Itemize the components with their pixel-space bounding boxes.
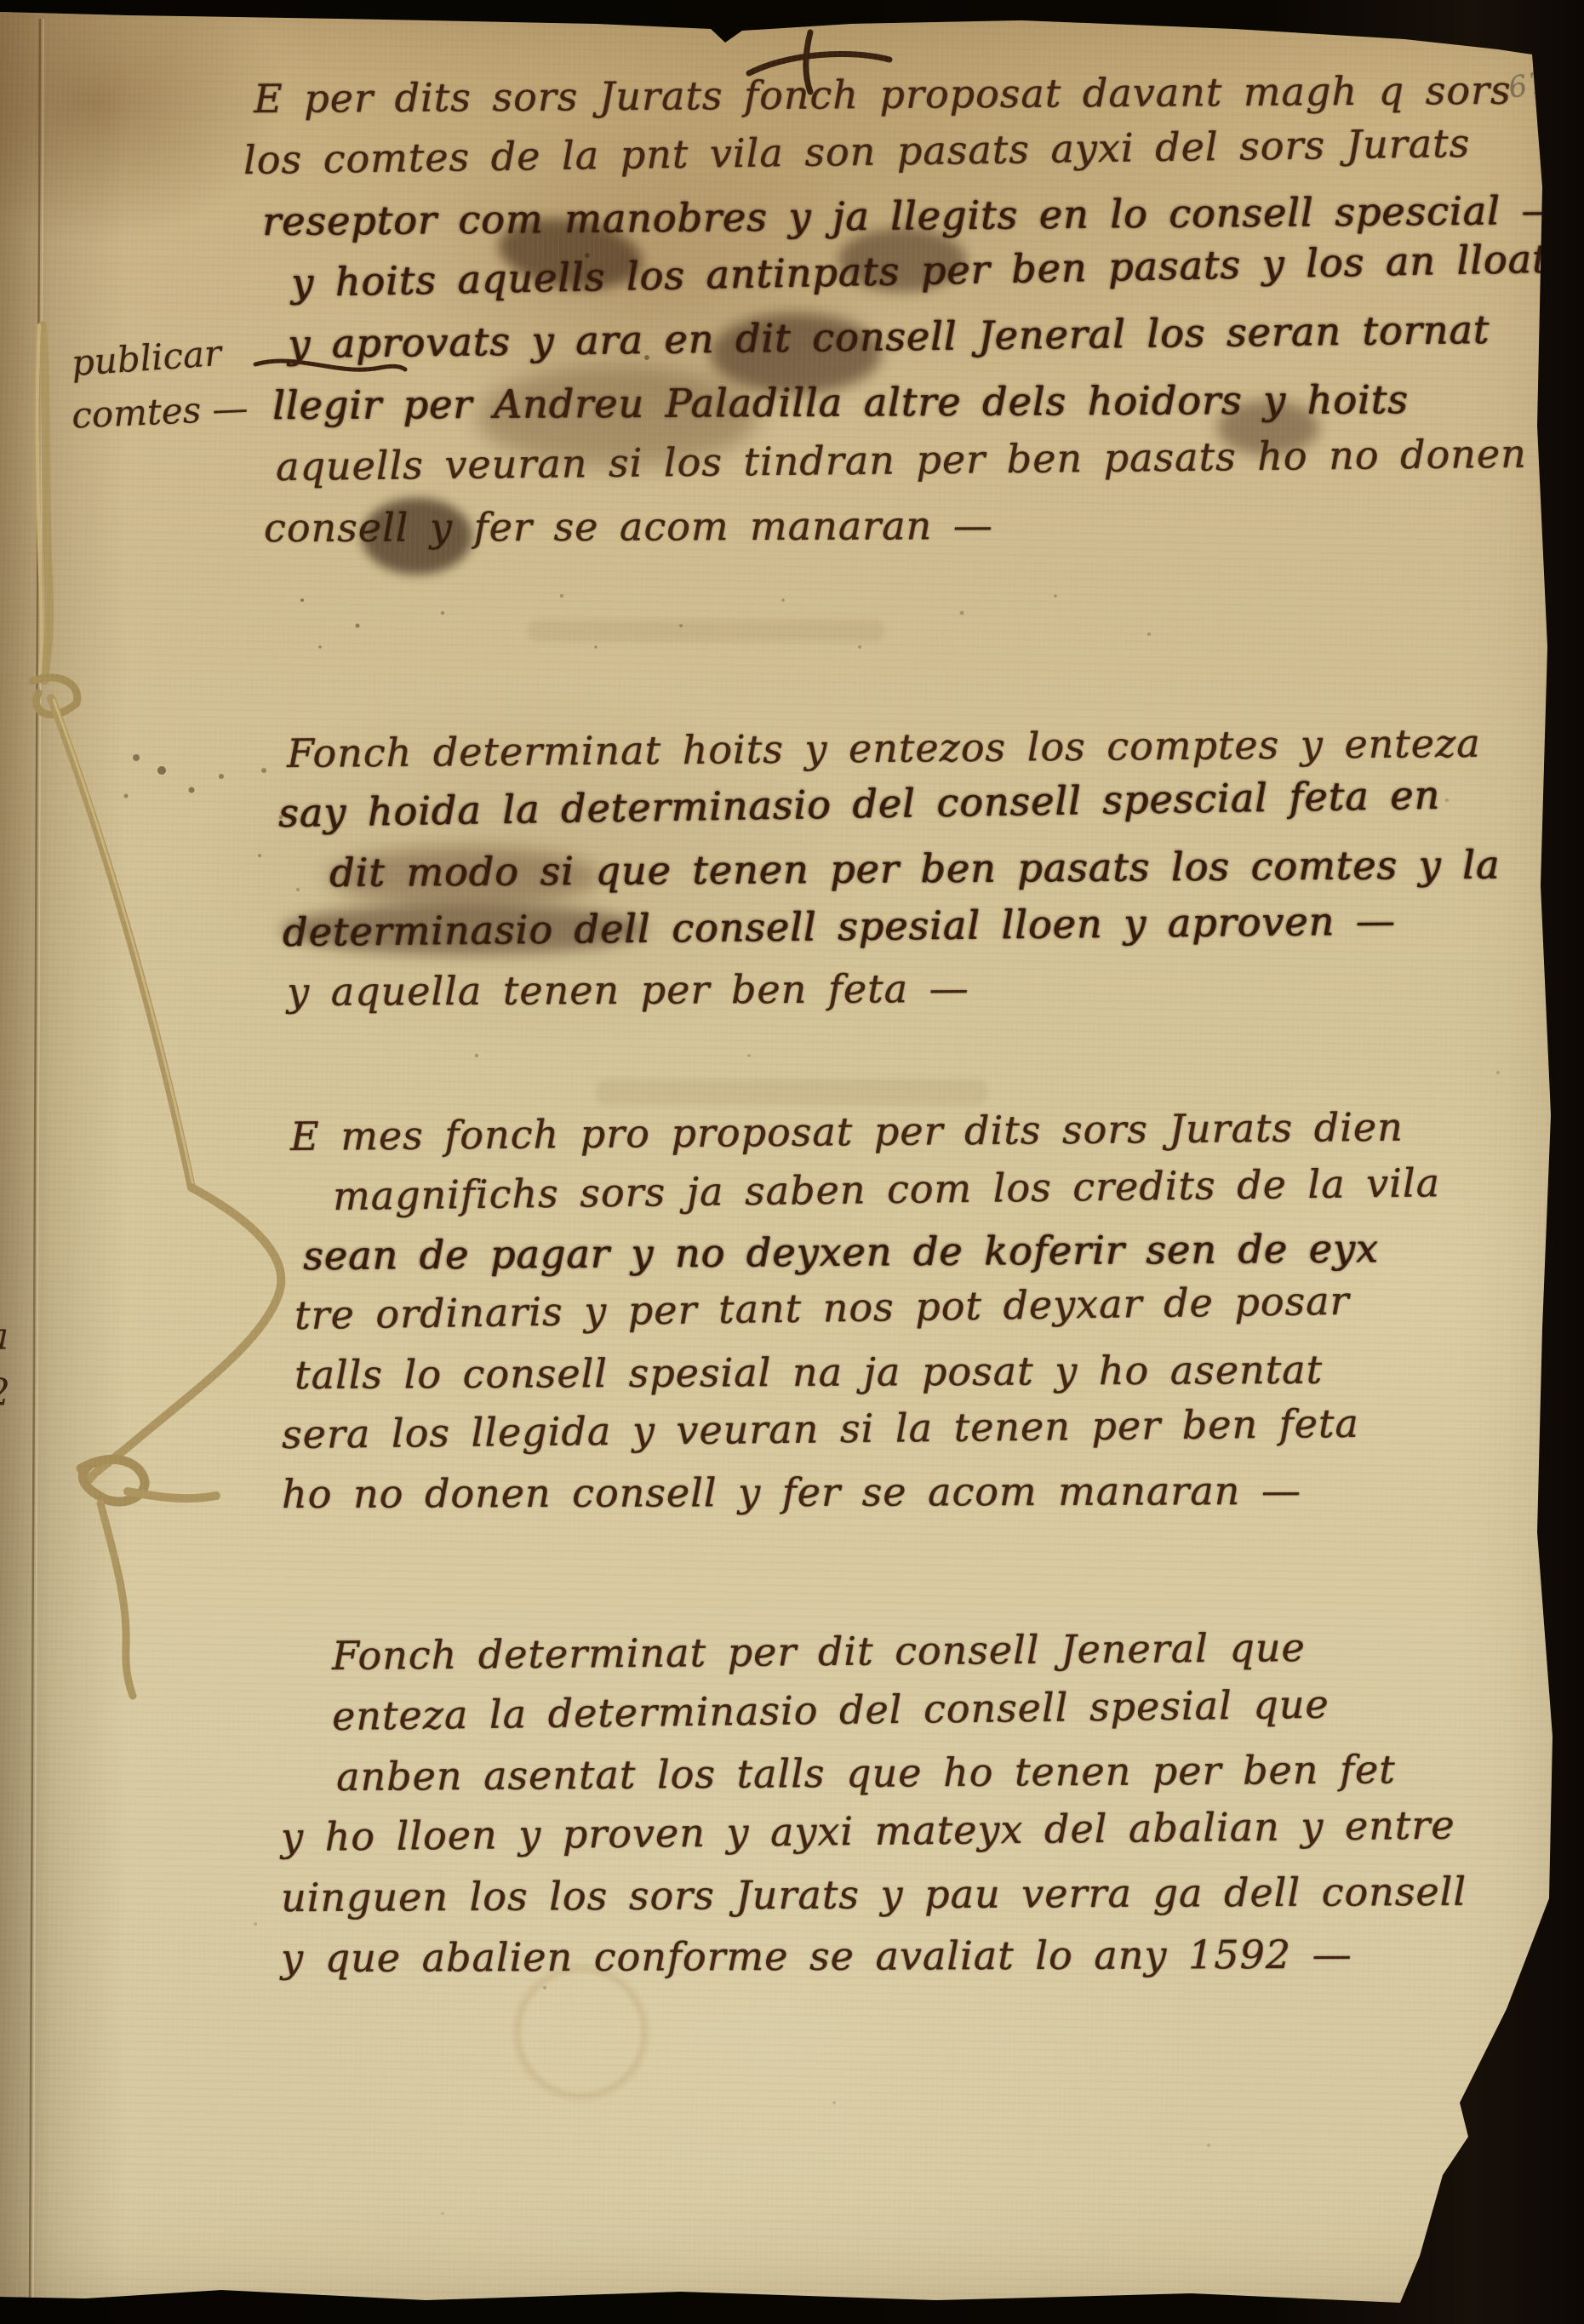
manuscript-line: determinasio dell consell spesial lloen … [283,890,1501,962]
paragraph-3: E mes fonch pro proposat per dits sors J… [209,1107,1440,1524]
manuscript-page: a 2 673 publicar comtes — E per dits sor… [0,0,1584,2324]
manuscript-line: magnifichs sors ja saben com los credits… [333,1153,1441,1226]
manuscript-line: uinguen los los sors Jurats y pau verra … [281,1862,1467,1928]
edge-mark: a [0,1309,10,1365]
fold-crease-line [30,19,43,2300]
ink-showthrough [528,620,885,642]
manuscript-line: y aquella tenen per ben feta — [287,956,1501,1022]
manuscript-line: ho no donen consell y fer se acom manara… [282,1460,1440,1524]
manuscript-line: consell y fer se acom manaran — [264,493,1570,558]
manuscript-line: aquells veuran si los tindran per ben pa… [276,422,1570,497]
paragraph-2: Fonch determinat hoits y entezos los com… [240,724,1500,1022]
paragraph-1: E per dits sors Jurats fonch proposat da… [220,68,1570,558]
manuscript-line: y ho lloen y proven y ayxi mateyx del ab… [281,1795,1467,1868]
paragraph-4: Fonch determinat per dit consell Jeneral… [255,1626,1467,1989]
manuscript-line: enteza la determinasio del consell spesi… [332,1673,1467,1747]
manuscript-photo: a 2 673 publicar comtes — E per dits sor… [0,0,1584,2324]
gutter-edge-marks: a 2 [0,1309,10,1422]
manuscript-line: y que abalien conforme se avaliat lo any… [281,1924,1467,1989]
edge-mark: 2 [0,1365,10,1422]
manuscript-line: sera los llegida y veuran si la tenen pe… [282,1393,1441,1464]
